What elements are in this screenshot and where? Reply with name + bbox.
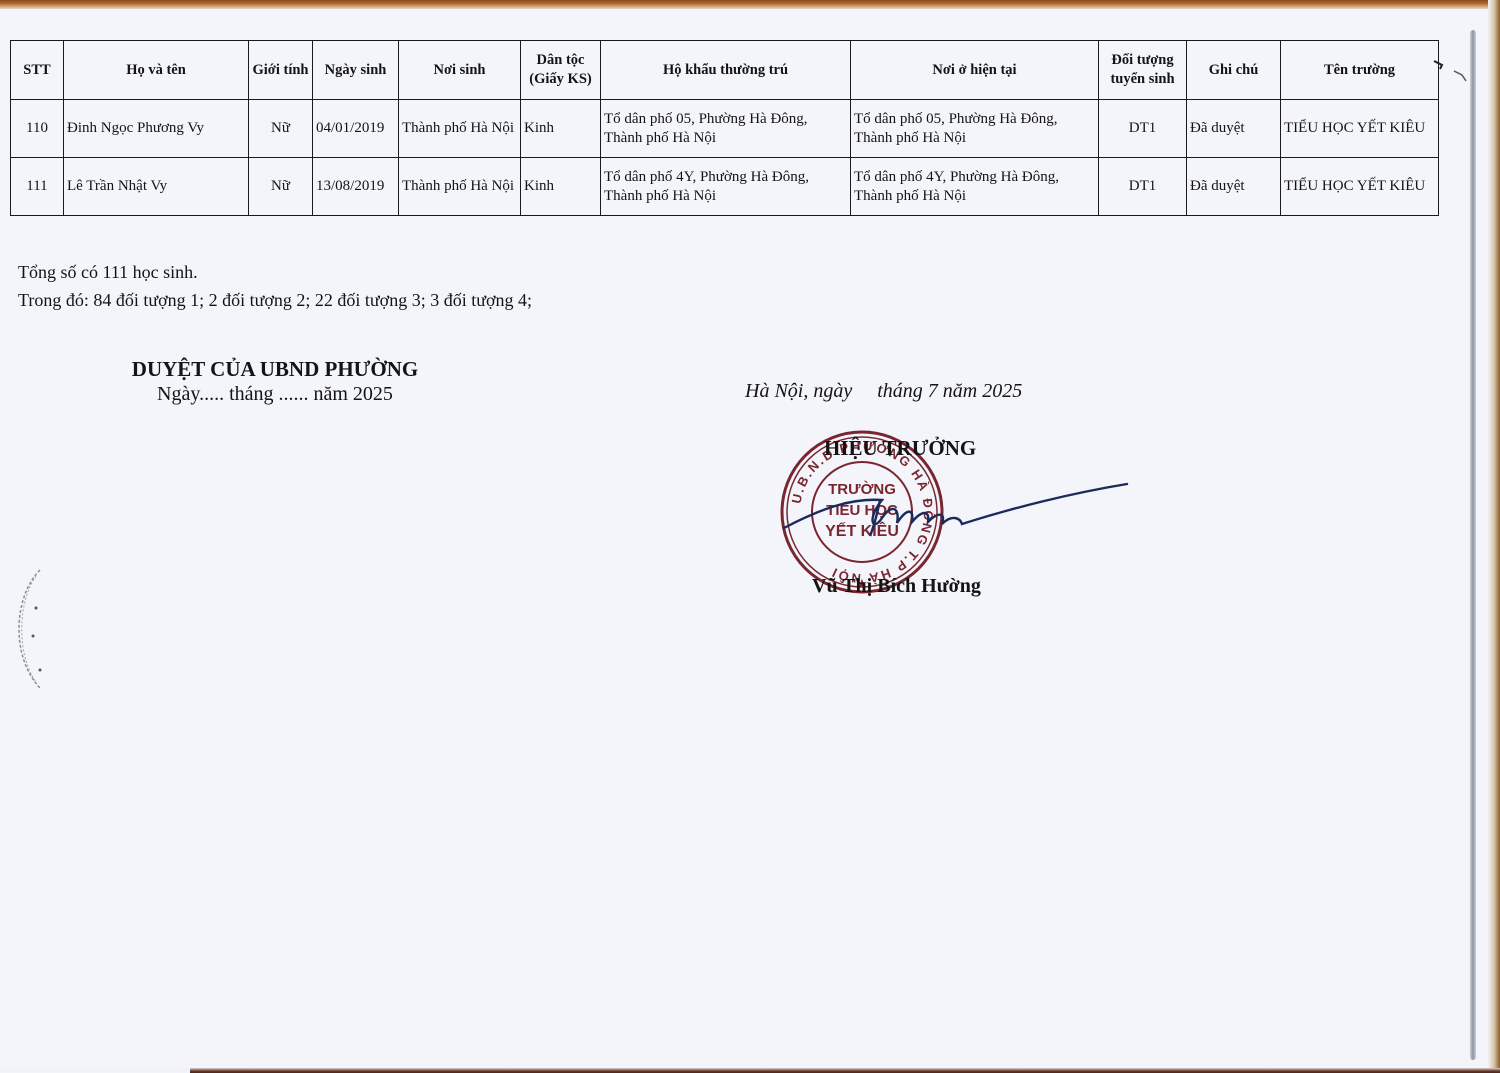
cell-category: DT1 <box>1099 100 1187 158</box>
cell-birthplace: Thành phố Hà Nội <box>399 100 521 158</box>
student-table: STT Họ và tên Giới tính Ngày sinh Nơi si… <box>10 40 1439 216</box>
scan-right-edge <box>1488 0 1500 1073</box>
scan-bottom-edge <box>190 1068 1500 1073</box>
scan-top-edge <box>0 0 1500 9</box>
cell-school: TIỂU HỌC YẾT KIÊU <box>1281 100 1439 158</box>
header-stt: STT <box>11 41 64 100</box>
cell-stt: 110 <box>11 100 64 158</box>
header-current-address: Nơi ở hiện tại <box>851 41 1099 100</box>
principal-title: HIỆU TRƯỞNG <box>824 436 976 461</box>
header-gender: Giới tính <box>249 41 313 100</box>
cell-dob: 04/01/2019 <box>313 100 399 158</box>
cell-dob: 13/08/2019 <box>313 158 399 216</box>
summary-breakdown: Trong đó: 84 đối tượng 1; 2 đối tượng 2;… <box>18 286 532 314</box>
header-ethnicity: Dân tộc (Giấy KS) <box>521 41 601 100</box>
table-row: 111 Lê Trần Nhật Vy Nữ 13/08/2019 Thành … <box>11 158 1439 216</box>
header-name: Họ và tên <box>64 41 249 100</box>
ward-approval-block: DUYỆT CỦA UBND PHƯỜNG Ngày..... tháng ..… <box>110 356 440 406</box>
approval-date: Ngày..... tháng ...... năm 2025 <box>110 382 440 406</box>
cell-note: Đã duyệt <box>1187 158 1281 216</box>
cell-permanent-address: Tổ dân phố 4Y, Phường Hà Đông, Thành phố… <box>601 158 851 216</box>
summary-section: Tổng số có 111 học sinh. Trong đó: 84 đố… <box>18 258 532 314</box>
summary-total: Tổng số có 111 học sinh. <box>18 258 532 286</box>
cell-gender: Nữ <box>249 158 313 216</box>
cell-gender: Nữ <box>249 100 313 158</box>
cell-name: Lê Trần Nhật Vy <box>64 158 249 216</box>
principal-name: Vũ Thị Bích Hường <box>812 575 981 598</box>
pen-mark-icon <box>1432 55 1472 85</box>
header-note: Ghi chú <box>1187 41 1281 100</box>
paper-fold-shadow <box>1470 30 1476 1060</box>
signature-icon <box>782 478 1132 538</box>
cell-ethnicity: Kinh <box>521 100 601 158</box>
place-date: Hà Nội, ngày tháng 7 năm 2025 <box>745 380 1022 403</box>
faint-stamp-bleed-icon <box>6 566 46 691</box>
table-header-row: STT Họ và tên Giới tính Ngày sinh Nơi si… <box>11 41 1439 100</box>
header-dob: Ngày sinh <box>313 41 399 100</box>
header-category: Đối tượng tuyển sinh <box>1099 41 1187 100</box>
cell-current-address: Tổ dân phố 4Y, Phường Hà Đông, Thành phố… <box>851 158 1099 216</box>
cell-current-address: Tổ dân phố 05, Phường Hà Đông, Thành phố… <box>851 100 1099 158</box>
cell-note: Đã duyệt <box>1187 100 1281 158</box>
approval-title: DUYỆT CỦA UBND PHƯỜNG <box>110 356 440 382</box>
table-row: 110 Đinh Ngọc Phương Vy Nữ 04/01/2019 Th… <box>11 100 1439 158</box>
header-school: Tên trường <box>1281 41 1439 100</box>
cell-ethnicity: Kinh <box>521 158 601 216</box>
cell-stt: 111 <box>11 158 64 216</box>
cell-permanent-address: Tổ dân phố 05, Phường Hà Đông, Thành phố… <box>601 100 851 158</box>
cell-name: Đinh Ngọc Phương Vy <box>64 100 249 158</box>
cell-school: TIỂU HỌC YẾT KIÊU <box>1281 158 1439 216</box>
cell-birthplace: Thành phố Hà Nội <box>399 158 521 216</box>
header-permanent-address: Hộ khẩu thường trú <box>601 41 851 100</box>
header-birthplace: Nơi sinh <box>399 41 521 100</box>
cell-category: DT1 <box>1099 158 1187 216</box>
